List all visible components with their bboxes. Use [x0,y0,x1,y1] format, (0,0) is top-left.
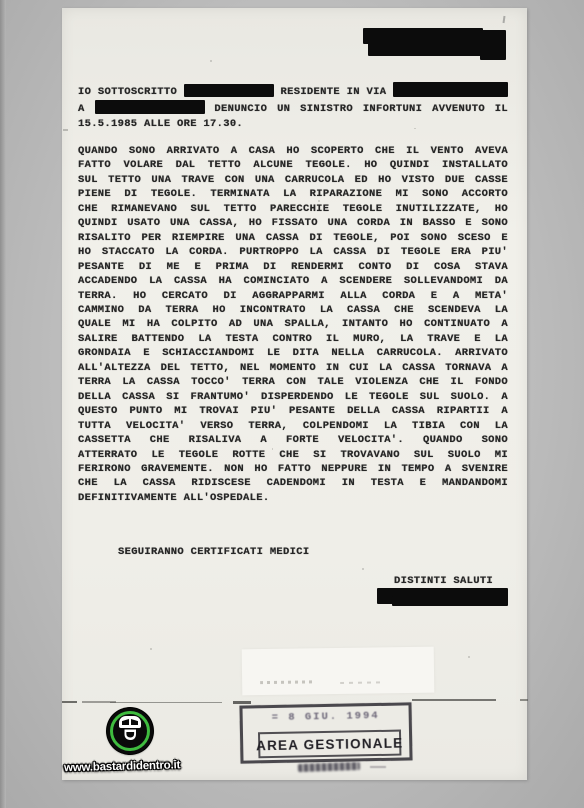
redaction-inline-city [95,100,205,114]
stamp-date: = 8 GIU. 1994 [243,709,409,724]
body-line: GRONDAIA E SCHIACCIANDOMI LE DITA NELLA … [78,346,508,360]
scan-artifact-dots [63,129,68,131]
body-line: ACCADENDO LA CASSA HA COMINCIATO A SCEND… [78,274,508,288]
redaction-inline-name [184,84,274,97]
label-faint-marks [340,681,384,684]
scanned-letter-screenshot: { "document": { "header": { "line1_pre":… [0,0,584,808]
redaction-inline-street [393,82,508,97]
body-line: FATTO VOLARE DAL TETTO ALCUNE TEGOLE. HO… [78,158,508,172]
logo-letter-d: D [122,712,139,758]
redaction-block-addressee [368,42,484,56]
scan-artifact-dash [520,699,528,701]
scan-artifact-dash [62,701,77,703]
letter-header: IO SOTTOSCRITTO RESIDENTE IN VIA A DENUN… [78,82,508,132]
body-line: RISALITO PER RIEMPIRE UNA CASSA DI TEGOL… [78,231,508,245]
watermark-site-url: www.bastardidentro.it [64,758,240,775]
stamp-illegible-smudge [298,762,360,772]
header-line2-pre: A [78,103,85,115]
paper-speck [150,648,152,650]
stamp-smudge-dash [370,766,386,768]
header-line-3: 15.5.1985 ALLE ORE 17.30. [78,117,508,132]
header-line1-mid: RESIDENTE IN VIA [281,86,387,98]
letter-body: QUANDO SONO ARRIVATO A CASA HO SCOPERTO … [78,144,508,505]
body-line: DEFINITIVAMENTE ALL'OSPEDALE. [78,491,508,505]
body-line: QUESTO PUNTO MI TROVAI PIU' PESANTE DELL… [78,404,508,418]
body-line: CHE RIMANEVANO SUL TETTO PARECCHIE TEGOL… [78,202,508,216]
scan-artifact-dash [233,701,251,704]
body-line: ALL'ALTEZZA DEL TETTO, NEL MOMENTO IN CU… [78,361,508,375]
body-line: TERRA LA CASSA TOCCO' TERRA CON TALE VIO… [78,375,508,389]
body-line: CASSETTA CHE RISALIVA A FORTE VELOCITA'.… [78,433,508,447]
bastardidentro-logo: D [107,708,153,754]
body-line: QUANDO SONO ARRIVATO A CASA HO SCOPERTO … [78,144,508,158]
body-line: HO STACCATO LA CORDA. PURTROPPO LA CASSA… [78,245,508,259]
scan-artifact-dash [412,699,496,701]
body-line: ATTERRATO LE TEGOLE ROTTE CHE SI TROVAVA… [78,448,508,462]
stamp-area-label: AREA GESTIONALE [256,735,404,753]
redaction-block-signature [392,596,508,606]
body-line: SUL TETTO UNA TRAVE CON UNA CARRUCOLA ED… [78,173,508,187]
paper-speck [362,568,364,570]
body-line: TERRA. HO CERCATO DI AGGRAPPARMI ALLA CO… [78,289,508,303]
body-line: CAMMINO DA TERRA HO INCONTRATO LA CASSA … [78,303,508,317]
stamp-inner-frame: AREA GESTIONALE [258,730,401,759]
body-line: TUTTA VELOCITA' VERSO TERRA, COLPENDOMI … [78,419,508,433]
body-line: QUINDI USATO UNA CASSA, HO FISSATO UNA C… [78,216,508,230]
body-line: SALIRE BATTENDO LA TESTA CONTRO IL MURO,… [78,332,508,346]
header-line2-post: DENUNCIO UN SINISTRO INFORTUNI AVVENUTO … [214,103,508,115]
body-line: DELLA CASSA SI FRANTUMO' DISPERDENDO LE … [78,390,508,404]
body-line: PIENE DI TEGOLE. TERMINATA LA RIPARAZION… [78,187,508,201]
paper-speck [210,60,212,62]
body-line: QUALE MI HA COLPITO AD UNA SPALLA, INTAN… [78,317,508,331]
closing-salutation: DISTINTI SALUTI [394,575,493,587]
redaction-block-addressee [480,30,506,60]
scan-artifact-dash [110,702,222,703]
body-line: PESANTE DI ME E PRIMA DI RENDERMI CONTO … [78,260,508,274]
paper-speck [468,656,470,658]
scan-edge-shadow [0,0,6,808]
header-line1-pre: IO SOTTOSCRITTO [78,86,177,98]
pasted-label-overlay [242,647,435,696]
body-line: CHE LA CASSA RIDISCESE CADENDOMI IN TEST… [78,476,508,490]
medical-certificates-note: SEGUIRANNO CERTIFICATI MEDICI [118,546,309,558]
document-page: IO SOTTOSCRITTO RESIDENTE IN VIA A DENUN… [62,8,527,780]
body-line: FERIRONO GRAVEMENTE. NON HO FATTO NEPPUR… [78,462,508,476]
label-faint-marks [260,680,312,684]
header-line-1: IO SOTTOSCRITTO RESIDENTE IN VIA [78,82,508,100]
header-line-2: A DENUNCIO UN SINISTRO INFORTUNI AVVENUT… [78,100,508,117]
scan-artifact-tick [503,16,506,23]
office-stamp: = 8 GIU. 1994 AREA GESTIONALE [239,702,412,763]
